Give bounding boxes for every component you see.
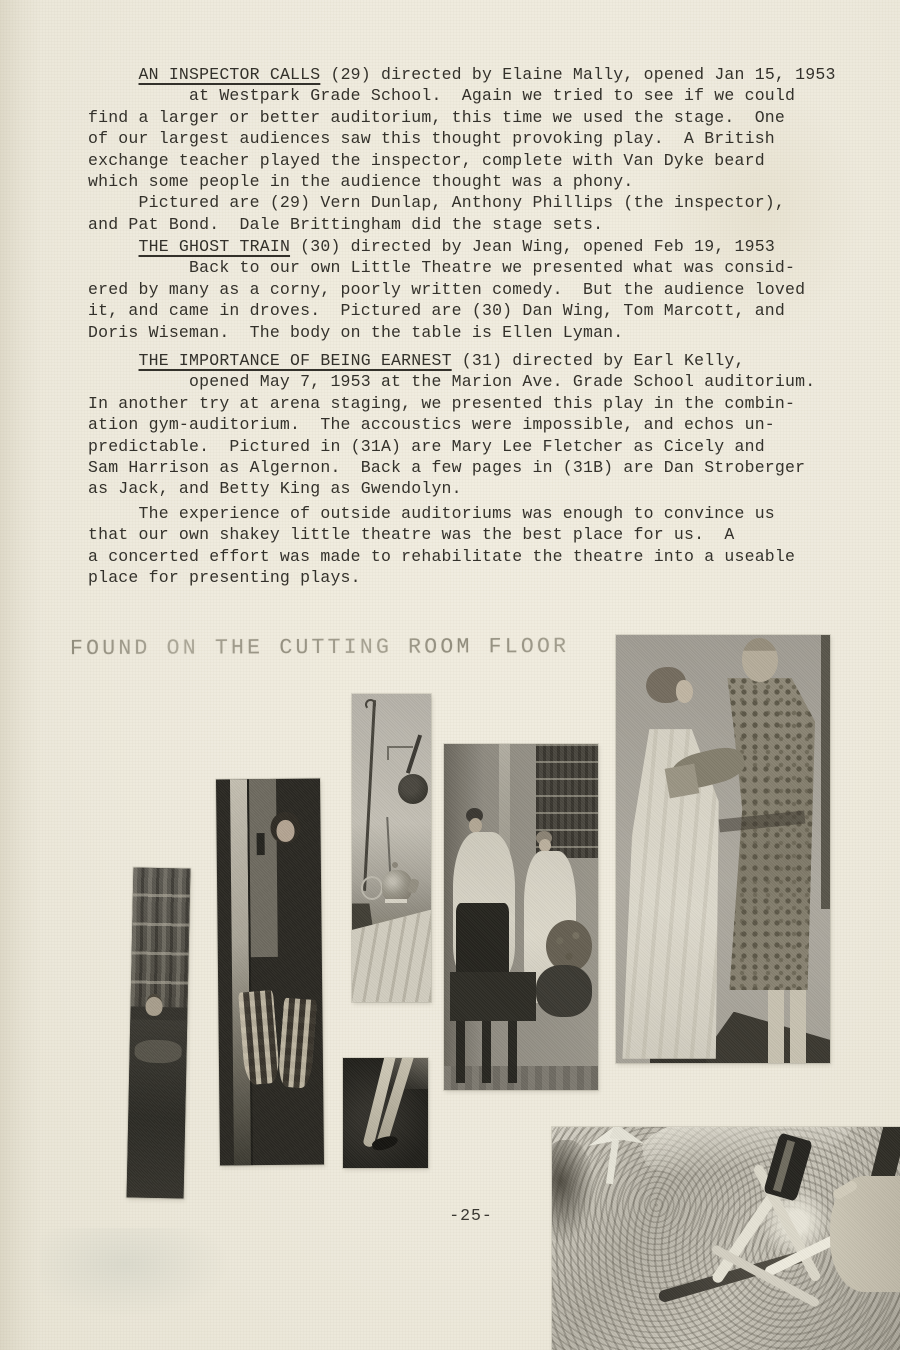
section-closing-paragraph: The experience of outside auditoriums wa…: [88, 503, 848, 589]
play-title: THE IMPORTANCE OF BEING EARNEST: [139, 351, 452, 370]
shadow-shape: [552, 1140, 594, 1243]
patterned-robe-shape: [708, 678, 815, 990]
chair-seat-shape: [450, 972, 536, 1020]
chair-legs-shape: [456, 1021, 524, 1083]
photo-doorway-woman: [216, 778, 324, 1165]
plaid-skirt-shape: [278, 998, 318, 1089]
cutting-room-floor-stamp: FOUND ON THE CUTTING ROOM FLOOR: [70, 635, 569, 661]
section-importance-of-being-earnest: THE IMPORTANCE OF BEING EARNEST (31) dir…: [88, 350, 848, 500]
lace-fold-shape: [639, 1127, 854, 1183]
bracket-shape: [387, 746, 413, 748]
photo-bookshelf-strip: [127, 867, 191, 1198]
sleeve-cuff-shape: [665, 763, 700, 798]
photo-kitchen-still-life: [352, 694, 431, 1002]
section-heading-line: THE GHOST TRAIN (30) directed by Jean Wi…: [88, 236, 848, 257]
pot-base-shape: [385, 899, 407, 903]
face-shape: [277, 819, 295, 841]
coffee-pot-shape: [382, 870, 412, 902]
section-body-text: at Westpark Grade School. Again we tried…: [88, 85, 848, 235]
photo-legs-closeup: [343, 1058, 428, 1168]
face-shape: [469, 818, 482, 833]
woman-face-shape: [676, 680, 693, 703]
legs-shape: [768, 982, 811, 1063]
section-body-text: Back to our own Little Theatre we presen…: [88, 257, 848, 343]
face-shape: [145, 996, 162, 1015]
door-shape: [249, 779, 278, 957]
photo-hands-ribbons: [552, 1127, 900, 1350]
section-heading-line: AN INSPECTOR CALLS (29) directed by Elai…: [88, 64, 848, 85]
section-body-text: opened May 7, 1953 at the Marion Ave. Gr…: [88, 371, 848, 499]
pole-shape: [363, 700, 375, 891]
ladle-shape: [361, 876, 383, 900]
heading-rest: (30) directed by Jean Wing, opened Feb 1…: [290, 237, 775, 256]
play-title: AN INSPECTOR CALLS: [139, 65, 321, 84]
background-door-shape: [821, 635, 830, 909]
section-body-text: The experience of outside auditoriums wa…: [88, 503, 848, 589]
section-heading-line: THE IMPORTANCE OF BEING EARNEST (31) dir…: [88, 350, 848, 371]
photo-two-women: [444, 744, 598, 1090]
door-lock-shape: [256, 833, 264, 855]
pan-handle-shape: [406, 734, 422, 773]
heading-rest: (31) directed by Earl Kelly,: [452, 351, 745, 370]
photo-couple-robe: [616, 635, 830, 1063]
frying-pan-shape: [398, 774, 428, 804]
page-number: -25-: [406, 1206, 536, 1225]
scanned-scrapbook-page: AN INSPECTOR CALLS (29) directed by Elai…: [0, 0, 900, 1350]
paper-stain: [40, 1228, 230, 1318]
bracket-shape: [387, 746, 389, 760]
pot-lid-shape: [392, 862, 398, 868]
heading-rest: (29) directed by Elaine Mally, opened Ja…: [320, 65, 835, 84]
section-an-inspector-calls: AN INSPECTOR CALLS (29) directed by Elai…: [88, 64, 848, 235]
section-the-ghost-train: THE GHOST TRAIN (30) directed by Jean Wi…: [88, 236, 848, 343]
table-shape: [536, 965, 591, 1017]
bookshelf-shape: [131, 867, 191, 1007]
man-head-shape: [742, 638, 778, 682]
play-title: THE GHOST TRAIN: [139, 237, 291, 256]
hook-shape: [365, 699, 376, 710]
bow-tail-shape: [606, 1140, 619, 1185]
arm-shape: [134, 1039, 182, 1063]
